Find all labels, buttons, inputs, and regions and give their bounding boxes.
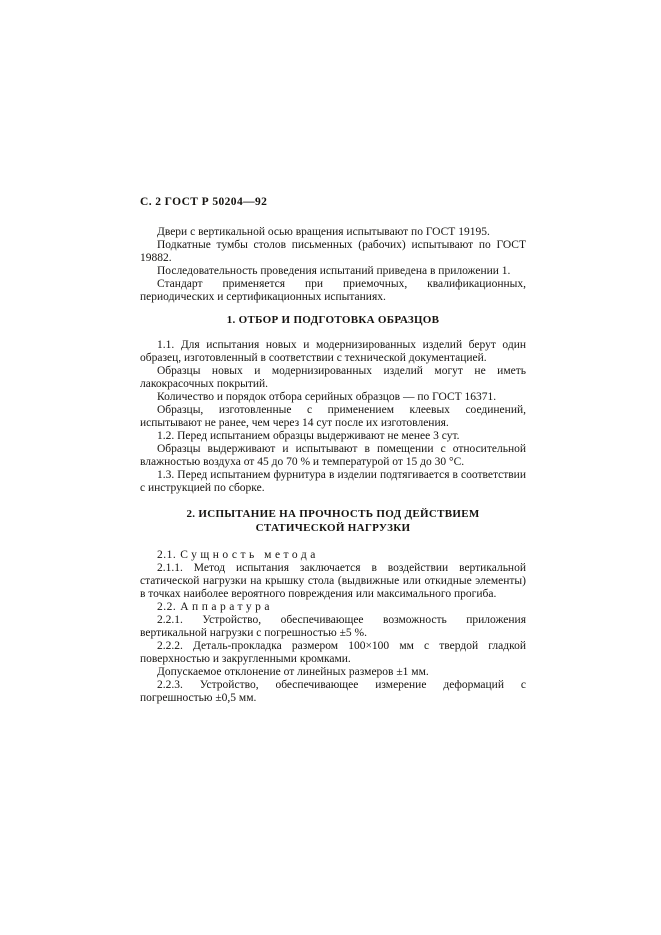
intro-paragraph-3: Последовательность проведения испытаний … [140, 265, 526, 278]
section-2-paragraph-2-2-3: 2.2.3. Устройство, обеспечивающее измере… [140, 679, 526, 705]
section-1-paragraph-samples: Образцы новых и модернизированных издели… [140, 365, 526, 391]
section-2-title: 2. ИСПЫТАНИЕ НА ПРОЧНОСТЬ ПОД ДЕЙСТВИЕМ … [140, 507, 526, 535]
section-2-paragraph-2-2-1: 2.2.1. Устройство, обеспечивающее возмож… [140, 614, 526, 640]
section-1-paragraph-1-2: 1.2. Перед испытанием образцы выдерживаю… [140, 430, 526, 443]
section-2-title-line-1: 2. ИСПЫТАНИЕ НА ПРОЧНОСТЬ ПОД ДЕЙСТВИЕМ [140, 507, 526, 521]
subsection-2-1-number: 2.1. [157, 549, 176, 561]
section-2-title-line-2: СТАТИЧЕСКОЙ НАГРУЗКИ [140, 521, 526, 535]
subsection-2-2-label: Аппаратура [180, 601, 273, 613]
section-1-paragraph-conditions: Образцы выдерживают и испытывают в помещ… [140, 443, 526, 469]
subsection-2-2-number: 2.2. [157, 601, 176, 613]
subsection-2-2-heading: 2.2.Аппаратура [140, 601, 526, 614]
section-1-paragraph-quantity: Количество и порядок отбора серийных обр… [140, 391, 526, 404]
subsection-2-1-heading: 2.1.Сущность метода [140, 549, 526, 562]
section-2-paragraph-2-1-1: 2.1.1. Метод испытания заключается в воз… [140, 562, 526, 601]
intro-paragraph-1: Двери с вертикальной осью вращения испыт… [140, 226, 526, 239]
intro-paragraph-4: Стандарт применяется при приемочных, ква… [140, 278, 526, 304]
section-2-paragraph-2-2-2: 2.2.2. Деталь-прокладка размером 100×100… [140, 640, 526, 666]
document-page: С. 2 ГОСТ Р 50204—92 Двери с вертикально… [0, 0, 661, 935]
section-1-title: 1. ОТБОР И ПОДГОТОВКА ОБРАЗЦОВ [140, 313, 526, 327]
text-block: С. 2 ГОСТ Р 50204—92 Двери с вертикально… [140, 196, 526, 705]
section-2-paragraph-tolerance: Допускаемое отклонение от линейных разме… [140, 666, 526, 679]
section-1-paragraph-1-1: 1.1. Для испытания новых и модернизирова… [140, 339, 526, 365]
subsection-2-1-label: Сущность метода [180, 549, 319, 561]
section-1-paragraph-1-3: 1.3. Перед испытанием фурнитура в издели… [140, 469, 526, 495]
running-header: С. 2 ГОСТ Р 50204—92 [140, 196, 526, 209]
intro-paragraph-2: Подкатные тумбы столов письменных (рабоч… [140, 239, 526, 265]
section-1-paragraph-glue: Образцы, изготовленные с применением кле… [140, 404, 526, 430]
